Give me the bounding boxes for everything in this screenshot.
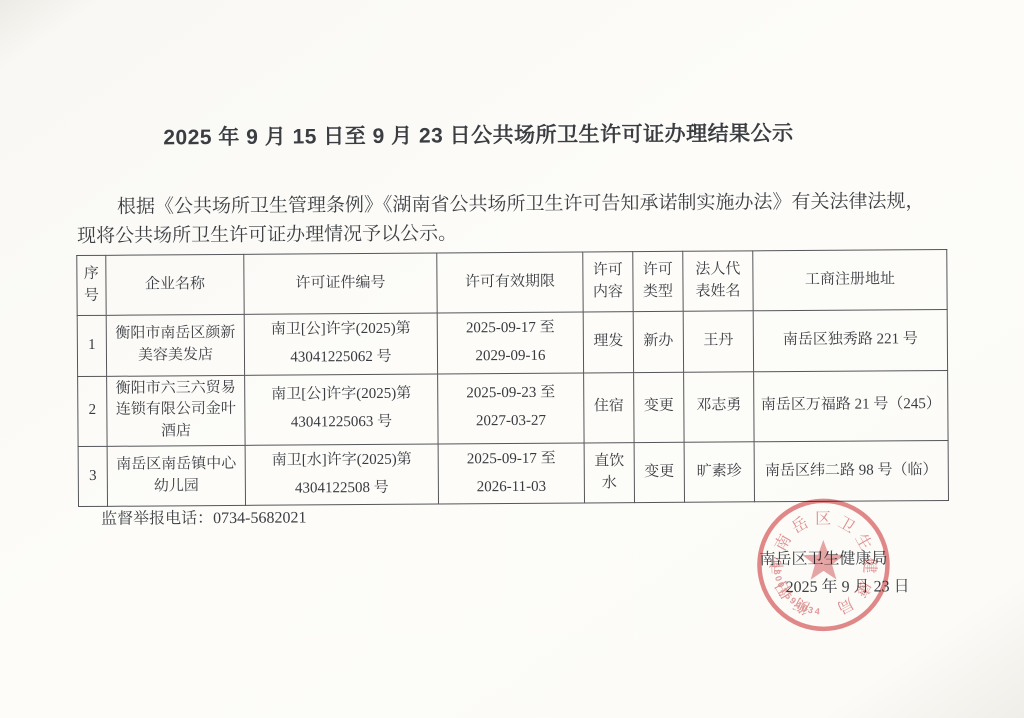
cell-address: 南岳区独秀路 221 号 <box>753 309 947 371</box>
cell-index: 3 <box>78 446 107 507</box>
table-row: 1 衡阳市南岳区颜新 美容美发店 南卫[公]许字(2025)第 43041225… <box>77 309 947 376</box>
stamp-char: 4 <box>794 599 804 610</box>
stamp-char: 0 <box>800 602 809 613</box>
permit-table: 序 号 企业名称 许可证件编号 许可有效期限 许可 内容 许可 类型 法人代 表… <box>76 249 949 507</box>
cell-company: 衡阳市南岳区颜新 美容美发店 <box>106 314 244 375</box>
cell-company: 衡阳市六三六贸易 连锁有限公司金叶 酒店 <box>107 375 245 446</box>
cell-content: 理发 <box>583 312 633 373</box>
cell-type: 变更 <box>634 442 684 503</box>
cell-type: 变更 <box>634 372 684 443</box>
cell-cert-no: 南卫[公]许字(2025)第 43041225063 号 <box>245 374 438 446</box>
document-title: 2025 年 9 月 15 日至 9 月 23 日公共场所卫生许可证办理结果公示 <box>0 116 959 153</box>
cell-company: 南岳区南岳镇中心 幼儿园 <box>107 445 245 506</box>
column-header-validity: 许可有效期限 <box>437 252 583 313</box>
table-row: 3 南岳区南岳镇中心 幼儿园 南卫[水]许字(2025)第 4304122508… <box>78 440 948 507</box>
signature-block: 南岳区卫生健康局 2025 年 9 月 23 日 <box>759 545 909 597</box>
stamp-char: 卫 <box>835 513 858 537</box>
document-page: 2025 年 9 月 15 日至 9 月 23 日公共场所卫生许可证办理结果公示… <box>0 0 1024 718</box>
stamp-char: 岳 <box>788 513 811 537</box>
cell-cert-no: 南卫[水]许字(2025)第 4304122508 号 <box>245 444 438 506</box>
cell-content: 住宿 <box>584 372 634 443</box>
cell-validity: 2025-09-23 至 2027-03-27 <box>438 373 584 444</box>
stamp-char: 3 <box>807 605 815 616</box>
intro-paragraph: 根据《公共场所卫生管理条例》《湖南省公共场所卫生许可告知承诺制实施办法》有关法律… <box>77 187 957 251</box>
column-header-cert-no: 许可证件编号 <box>244 253 437 314</box>
hotline-text: 监督举报电话：0734-5682021 <box>101 504 306 528</box>
column-header-type: 许可 类型 <box>633 251 683 311</box>
cell-index: 2 <box>78 376 107 446</box>
cell-address: 南岳区万福路 21 号（245） <box>754 370 948 442</box>
table-header-row: 序 号 企业名称 许可证件编号 许可有效期限 许可 内容 许可 类型 法人代 表… <box>77 249 947 315</box>
table-row: 2 衡阳市六三六贸易 连锁有限公司金叶 酒店 南卫[公]许字(2025)第 43… <box>78 370 948 446</box>
cell-content: 直饮 水 <box>584 442 634 503</box>
column-header-content: 许可 内容 <box>583 252 633 312</box>
cell-validity: 2025-09-17 至 2029-09-16 <box>437 312 583 374</box>
stamp-char: 区 <box>815 510 831 528</box>
stamp-char: 局 <box>834 594 857 617</box>
signature-org: 南岳区卫生健康局 <box>759 545 909 569</box>
cell-index: 1 <box>77 315 106 376</box>
stamp-char: 4 <box>814 606 820 617</box>
cell-legal-rep: 旷素珍 <box>684 442 754 503</box>
column-header-index: 序 号 <box>77 255 106 315</box>
column-header-legal-rep: 法人代 表姓名 <box>683 251 753 311</box>
cell-legal-rep: 王丹 <box>683 311 753 372</box>
column-header-address: 工商注册地址 <box>753 249 947 310</box>
column-header-company: 企业名称 <box>106 254 244 315</box>
intro-line-1: 根据《公共场所卫生管理条例》《湖南省公共场所卫生许可告知承诺制实施办法》有关法律… <box>77 187 957 222</box>
cell-cert-no: 南卫[公]许字(2025)第 43041225062 号 <box>244 313 437 375</box>
cell-type: 新办 <box>633 311 683 372</box>
cell-address: 南岳区纬二路 98 号（临） <box>754 440 948 502</box>
cell-validity: 2025-09-17 至 2026-11-03 <box>438 443 584 505</box>
stamp-char: 衡 <box>791 594 814 617</box>
cell-legal-rep: 邓志勇 <box>684 371 754 442</box>
intro-line-2: 现将公共场所卫生许可证办理情况予以公示。 <box>77 216 957 251</box>
signature-date: 2025 年 9 月 23 日 <box>760 573 910 597</box>
